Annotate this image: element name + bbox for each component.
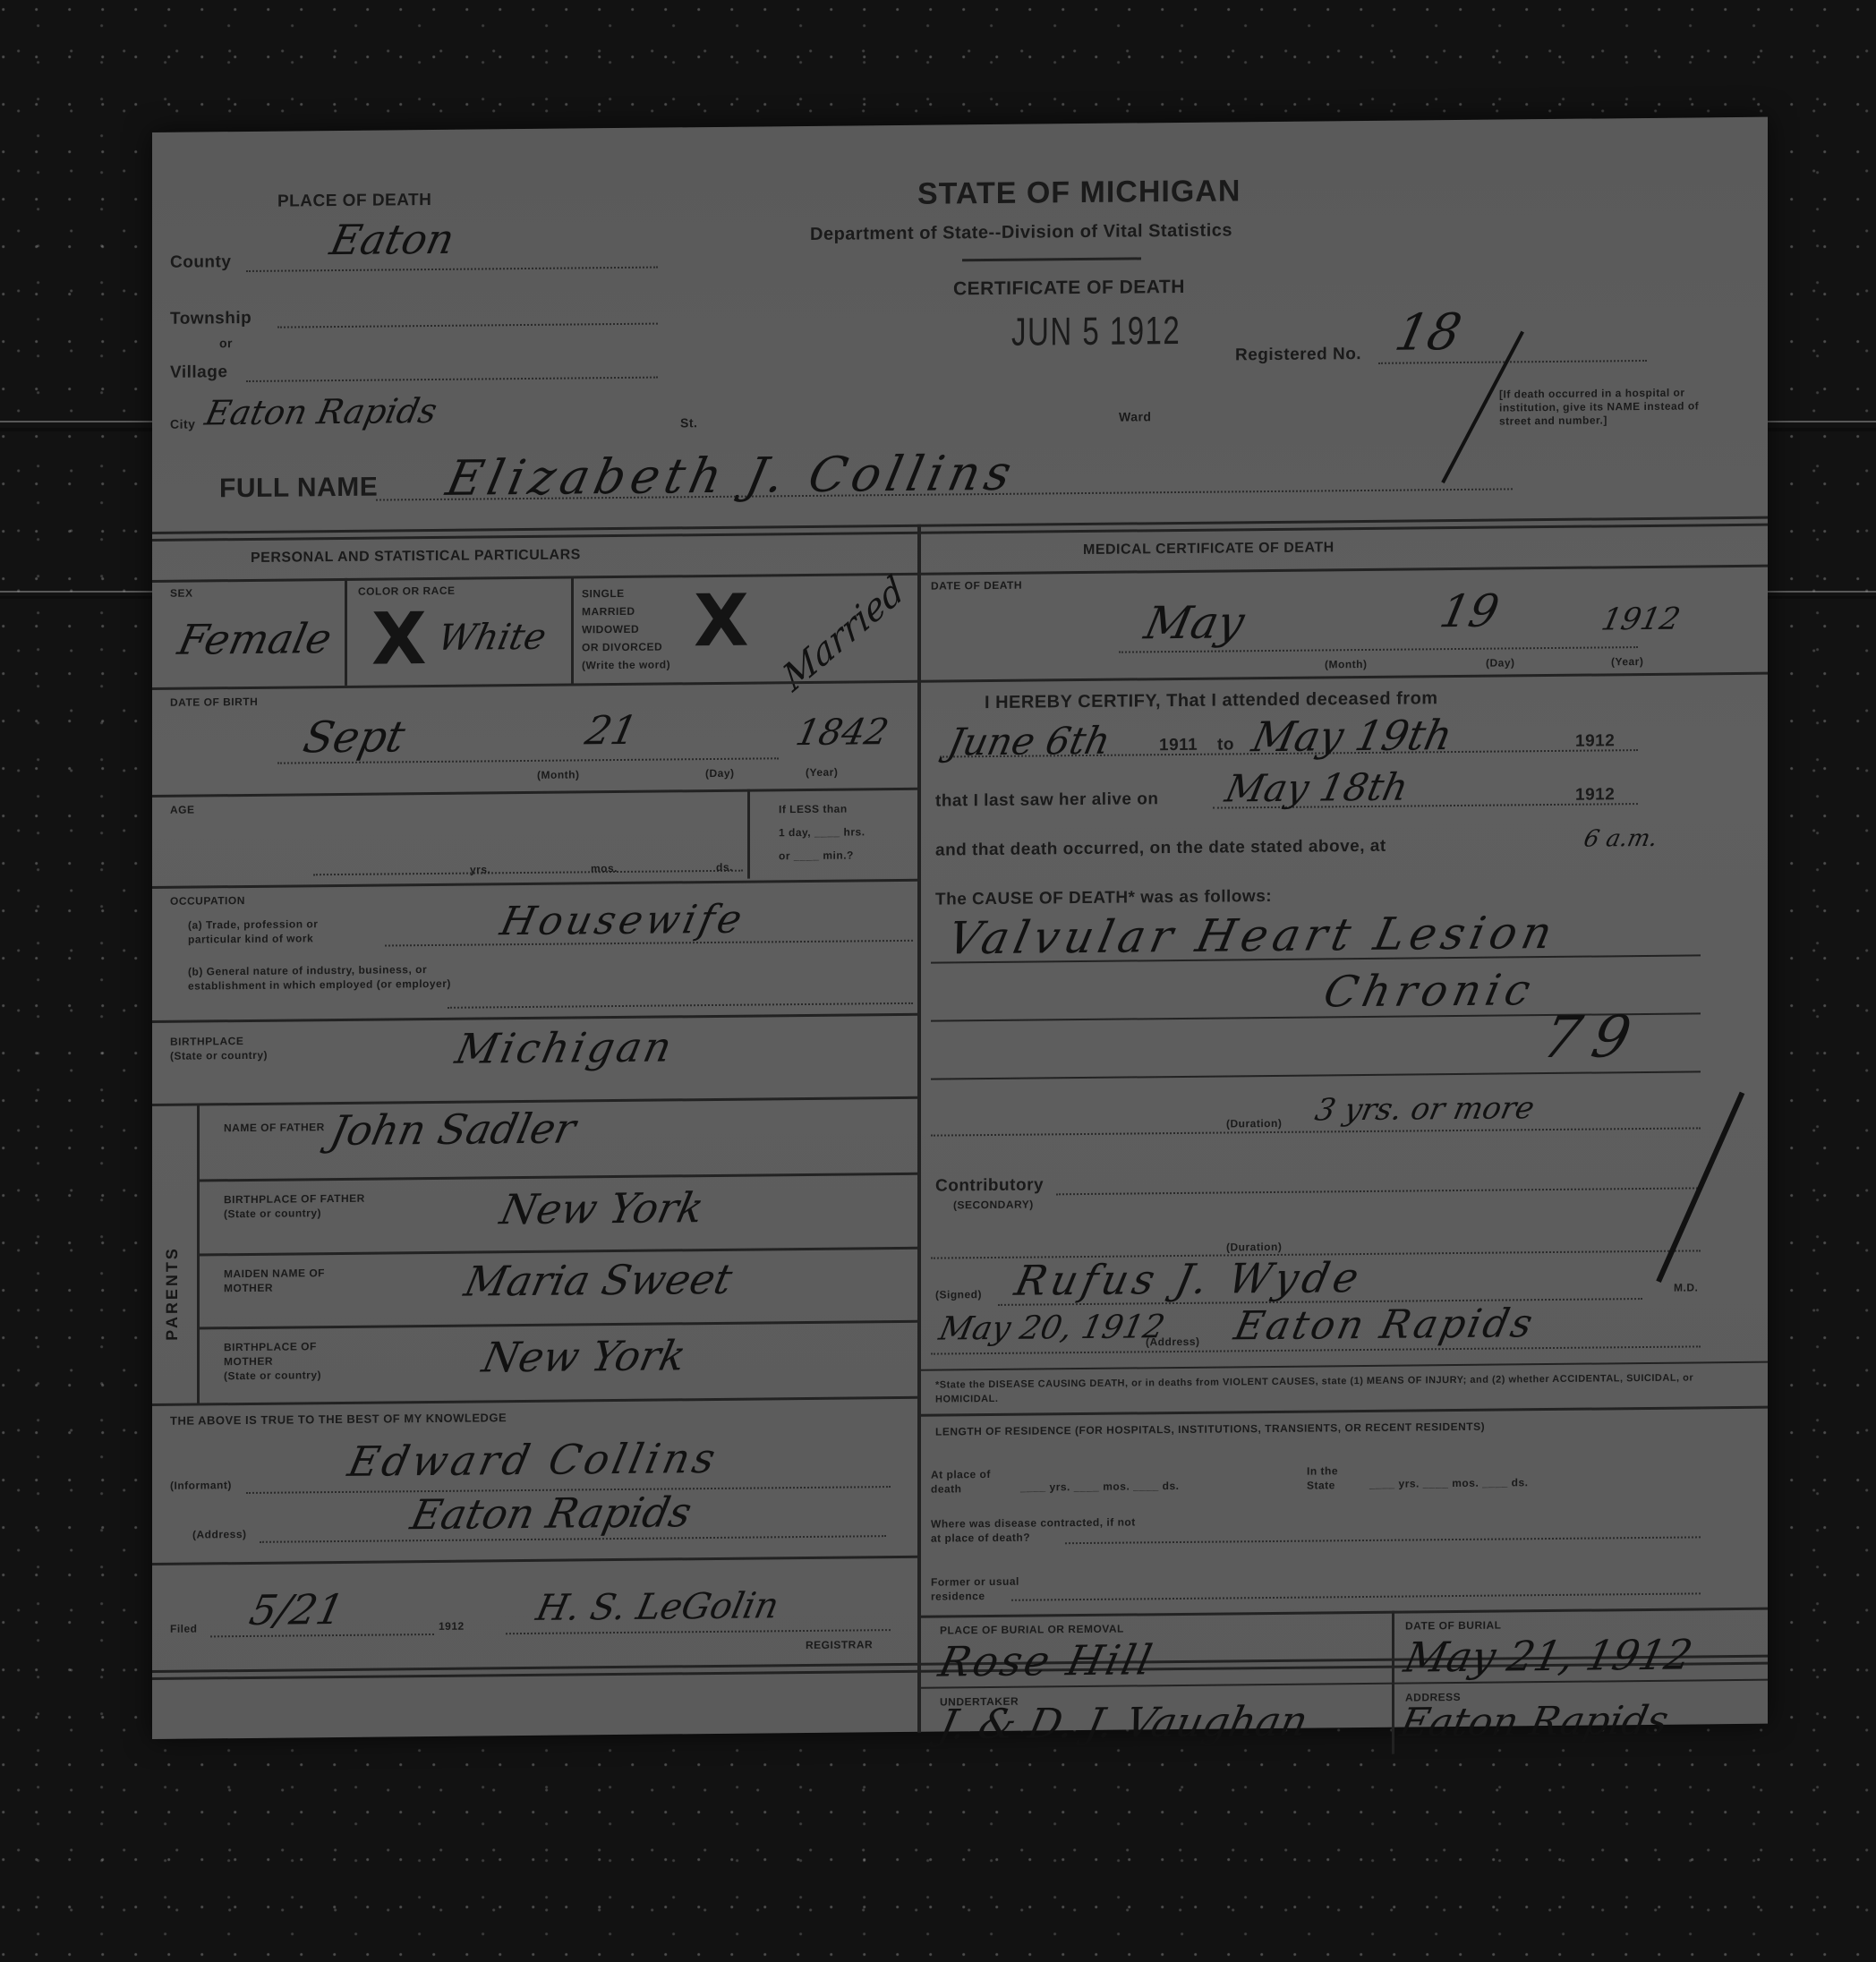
occupation-label: OCCUPATION	[170, 894, 245, 908]
filed-date: 5/21	[245, 1585, 348, 1634]
place-of-death-title: PLACE OF DEATH	[277, 191, 431, 212]
cause-line-2: Chronic	[1319, 965, 1540, 1017]
mother-name-value: Maria Sweet	[460, 1255, 737, 1306]
burial-date-value: May 21, 1912	[1400, 1630, 1696, 1681]
personal-section-title: PERSONAL AND STATISTICAL PARTICULARS	[251, 547, 581, 567]
death-month: May	[1140, 596, 1249, 649]
mother-birthplace-label: BIRTHPLACE OF MOTHER (State or country)	[224, 1339, 367, 1384]
undertaker-address-value: Eaton Rapids	[1396, 1698, 1673, 1746]
county-value: Eaton	[326, 215, 458, 264]
attended-from: June 6th	[944, 719, 1114, 764]
or-label: or	[219, 336, 233, 350]
village-label: Village	[170, 363, 227, 383]
duration-value: 3 yrs. or more	[1312, 1090, 1538, 1128]
signed-date: May 20, 1912	[936, 1309, 1168, 1347]
age-yrs-label: yrs.	[470, 863, 490, 875]
signed-suffix: M.D.	[1674, 1281, 1698, 1293]
death-day: 19	[1436, 585, 1504, 638]
age-ds-label: ds.	[716, 861, 733, 874]
to-label: to	[1217, 735, 1234, 755]
father-name-value: John Sadler	[326, 1104, 580, 1155]
city-value: Eaton Rapids	[201, 391, 440, 433]
in-state-units: ____ yrs. ____ mos. ____ ds.	[1369, 1476, 1529, 1490]
death-time: 6 a.m.	[1582, 825, 1660, 853]
registrar-label: REGISTRAR	[806, 1638, 873, 1651]
dob-month: Sept	[299, 712, 409, 763]
occupation-value: Housewife	[497, 897, 750, 945]
sex-value: Female	[174, 614, 336, 664]
physician-signature: Rufus J. Wyde	[1010, 1253, 1368, 1305]
last-saw-text: that I last saw her alive on	[935, 789, 1158, 811]
registered-no-label: Registered No.	[1235, 345, 1361, 365]
physician-address: Eaton Rapids	[1231, 1301, 1539, 1349]
cause-footnote: *State the DISEASE CAUSING DEATH, or in …	[935, 1370, 1714, 1406]
registered-no-value: 18	[1390, 303, 1466, 363]
father-name-label: NAME OF FATHER	[224, 1120, 325, 1135]
color-mark: X	[371, 597, 427, 681]
duration-label: (Duration)	[1226, 1117, 1282, 1130]
father-birthplace-label: BIRTHPLACE OF FATHER (State or country)	[224, 1191, 367, 1222]
ward-label: Ward	[1119, 409, 1151, 423]
attended-from-year: 1911	[1159, 736, 1198, 755]
day-caption: (Day)	[705, 767, 735, 780]
father-birthplace-value: New York	[496, 1183, 708, 1233]
truth-statement: THE ABOVE IS TRUE TO THE BEST OF MY KNOW…	[170, 1411, 507, 1428]
death-year: 1912	[1599, 601, 1684, 638]
last-saw-year: 1912	[1575, 785, 1615, 805]
parents-side-label: PARENTS	[163, 1246, 182, 1341]
certify-text: I HEREBY CERTIFY, That I attended deceas…	[985, 688, 1438, 713]
death-month-caption: (Month)	[1325, 658, 1367, 670]
undertaker-value: J. & D. J. Vaughan	[934, 1697, 1312, 1749]
dob-year: 1842	[792, 712, 892, 754]
marital-options: SINGLE MARRIED WIDOWED OR DIVORCED (Writ…	[582, 584, 670, 674]
filed-year: 1912	[439, 1620, 465, 1633]
received-date-stamp: JUN 5 1912	[1011, 309, 1181, 355]
cause-of-death-label: The CAUSE OF DEATH* was as follows:	[935, 887, 1272, 910]
age-mos-label: mos.	[591, 862, 618, 874]
last-saw-date: May 18th	[1222, 764, 1412, 810]
medical-section-title: MEDICAL CERTIFICATE OF DEATH	[1083, 540, 1335, 559]
township-label: Township	[170, 309, 252, 329]
year-caption: (Year)	[806, 766, 838, 779]
secondary-duration-label: (Duration)	[1226, 1241, 1282, 1254]
dob-label: DATE OF BIRTH	[170, 695, 258, 709]
city-label: City	[170, 417, 195, 431]
contributory-label: Contributory	[935, 1175, 1044, 1196]
informant-value: Edward Collins	[344, 1434, 723, 1486]
burial-place-value: Rose Hill	[934, 1635, 1159, 1685]
full-name-label: FULL NAME	[219, 473, 378, 505]
less-than-day-note: If LESS than 1 day, ____ hrs. or ____ mi…	[779, 797, 866, 867]
informant-address-label: (Address)	[192, 1528, 247, 1541]
burial-date-label: DATE OF BURIAL	[1405, 1619, 1501, 1633]
birthplace-label: BIRTHPLACE (State or country)	[170, 1034, 268, 1063]
dob-day: 21	[582, 708, 642, 755]
in-state-label: In the State	[1307, 1463, 1369, 1493]
birthplace-value: Michigan	[451, 1022, 678, 1072]
mother-name-label: MAIDEN NAME OF MOTHER	[224, 1266, 367, 1296]
state-title: STATE OF MICHIGAN	[917, 174, 1241, 211]
death-occurred-text: and that death occurred, on the date sta…	[935, 837, 1386, 861]
full-name-value: Elizabeth J. Collins	[441, 445, 1021, 507]
county-label: County	[170, 252, 231, 273]
death-day-caption: (Day)	[1486, 656, 1515, 669]
disease-contracted-label: Where was disease contracted, if not at …	[931, 1514, 1137, 1545]
age-label: AGE	[170, 804, 195, 816]
sex-label: SEX	[170, 587, 193, 600]
mother-birthplace-value: New York	[478, 1331, 690, 1381]
cause-line-1: Valvular Heart Lesion	[943, 907, 1562, 965]
cause-reference-mark: 79	[1537, 1004, 1649, 1071]
marital-mark: X	[694, 579, 749, 663]
color-value: White	[434, 617, 550, 659]
at-place-units: ____ yrs. ____ mos. ____ ds.	[1020, 1480, 1180, 1494]
informant-address-value: Eaton Rapids	[406, 1488, 695, 1539]
physician-address-label: (Address)	[1146, 1335, 1200, 1349]
color-label: COLOR OR RACE	[358, 584, 456, 598]
burial-place-label: PLACE OF BURIAL OR REMOVAL	[940, 1623, 1124, 1637]
hospital-note: [If death occurred in a hospital or inst…	[1499, 386, 1705, 428]
secondary-label: (SECONDARY)	[953, 1199, 1034, 1212]
signed-label: (Signed)	[935, 1288, 982, 1301]
certificate-title: CERTIFICATE OF DEATH	[953, 277, 1185, 300]
filed-label: Filed	[170, 1623, 198, 1635]
date-of-death-label: DATE OF DEATH	[931, 579, 1022, 593]
residence-title: LENGTH OF RESIDENCE (FOR HOSPITALS, INST…	[935, 1417, 1714, 1439]
registrar-signature: H. S. LeGolin	[533, 1585, 782, 1629]
attended-to: May 19th	[1248, 711, 1456, 761]
informant-label: (Informant)	[170, 1479, 232, 1492]
occupation-a-label: (a) Trade, profession or particular kind…	[188, 917, 367, 947]
death-year-caption: (Year)	[1611, 655, 1643, 668]
occupation-b-label: (b) General nature of industry, business…	[188, 962, 474, 994]
at-place-label: At place of death	[931, 1467, 1002, 1497]
department-subtitle: Department of State--Division of Vital S…	[810, 220, 1232, 245]
attended-to-year: 1912	[1575, 731, 1615, 751]
death-certificate: PLACE OF DEATH County Eaton Township or …	[152, 117, 1768, 1739]
month-caption: (Month)	[537, 768, 579, 781]
street-label: St.	[680, 415, 697, 430]
